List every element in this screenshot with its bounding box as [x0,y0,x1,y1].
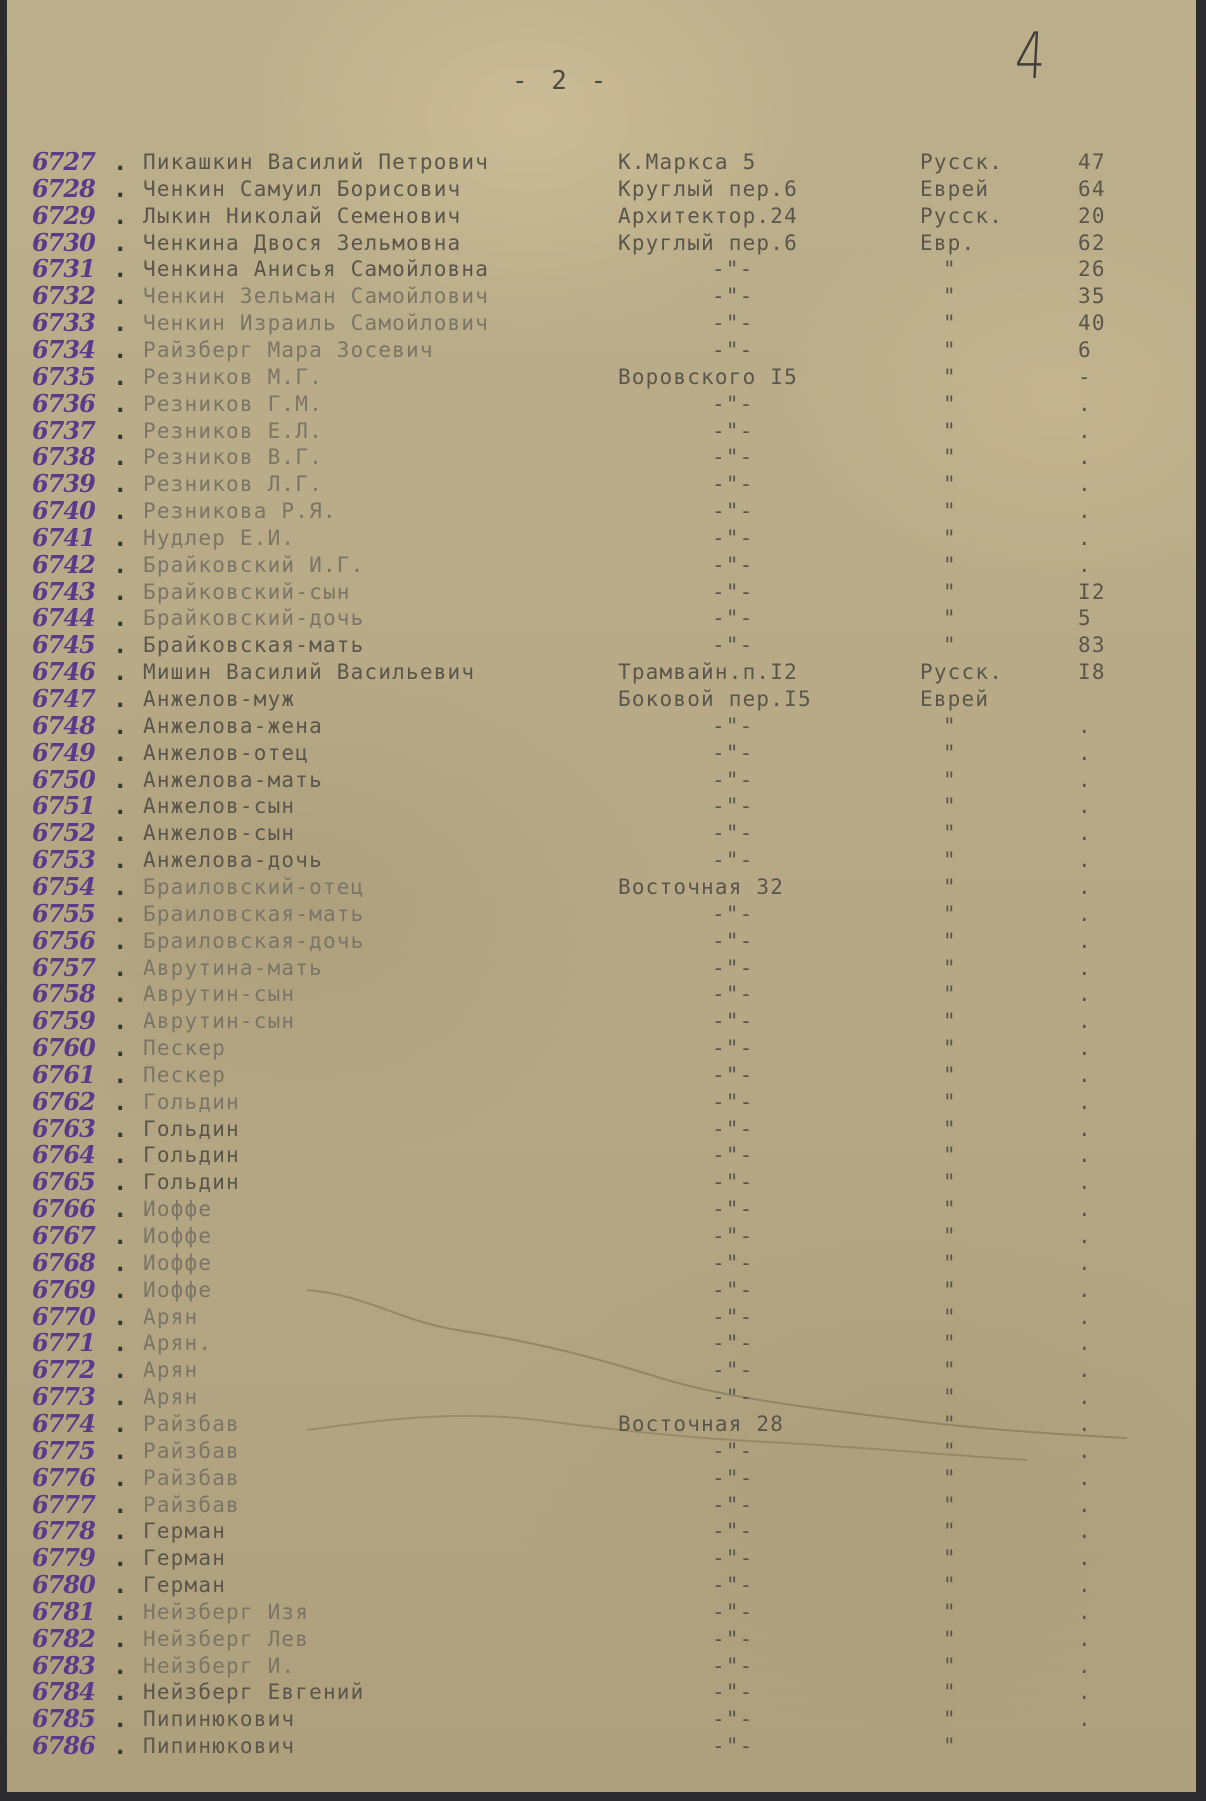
register-row: 6756.Браиловская-дочь-"-". [0,929,1200,955]
entry-dot: . [113,202,127,230]
nationality: Русск. [920,150,1003,174]
address: Трамвайн.п.I2 [618,660,798,684]
person-name: Резников Е.Л. [143,419,323,443]
register-row: 6739.Резников Л.Г.-"-". [0,472,1200,498]
entry-dot: . [113,417,127,445]
entry-dot: . [113,1303,127,1331]
nationality: Евр. [920,231,975,255]
entry-number: 6742 [32,550,95,579]
entry-number: 6769 [32,1275,95,1304]
entry-dot: . [113,551,127,579]
person-name: Пескер [143,1063,226,1087]
entry-number: 6747 [32,684,95,713]
entry-number: 6732 [32,281,95,310]
entry-dot: . [113,1571,127,1599]
entry-dot: . [113,1383,127,1411]
register-row: 6742.Брайковский И.Г.-"-". [0,553,1200,579]
address: -"- [712,1734,754,1758]
address: -"- [712,1117,754,1141]
age: . [1078,794,1092,818]
age: . [1078,526,1092,550]
address: -"- [712,1546,754,1570]
age: . [1078,1331,1092,1355]
age: . [1078,1439,1092,1463]
address: Боковой пер.I5 [618,687,812,711]
entry-number: 6750 [32,765,95,794]
address: -"- [712,1170,754,1194]
age: . [1078,1009,1092,1033]
entry-dot: . [113,1410,127,1438]
person-name: Райзберг Мара Зосевич [143,338,434,362]
register-row: 6757.Аврутина-мать-"-". [0,956,1200,982]
nationality: Русск. [920,204,1003,228]
person-name: Гольдин [143,1170,240,1194]
entry-dot: . [113,1598,127,1626]
entry-dot: . [113,578,127,606]
register-row: 6737.Резников Е.Л.-"-". [0,419,1200,445]
address: Круглый пер.6 [618,231,798,255]
register-row: 6755.Браиловская-мать-"-". [0,902,1200,928]
age: . [1078,902,1092,926]
address: -"- [712,1466,754,1490]
nationality: " [943,1627,957,1651]
nationality: " [943,472,957,496]
entry-number: 6764 [32,1140,95,1169]
age: . [1078,1385,1092,1409]
register-row: 6786.Пипинюкович-"-" [0,1734,1200,1760]
person-name: Ченкина Анисья Самойловна [143,257,489,281]
age: . [1078,1573,1092,1597]
address: -"- [712,1305,754,1329]
register-row: 6766.Иоффе-"-". [0,1197,1200,1223]
register-row: 6734.Райзберг Мара Зосевич-"-"6 [0,338,1200,364]
nationality: " [943,1090,957,1114]
register-row: 6759.Аврутин-сын-"-". [0,1009,1200,1035]
entry-number: 6733 [32,308,95,337]
person-name: Гольдин [143,1117,240,1141]
age: . [1078,472,1092,496]
person-name: Райзбав [143,1412,240,1436]
entry-dot: . [113,1141,127,1169]
register-row: 6771.Арян.-"-". [0,1331,1200,1357]
person-name: Резников Л.Г. [143,472,323,496]
entry-dot: . [113,712,127,740]
nationality: " [943,1331,957,1355]
age: . [1078,1197,1092,1221]
person-name: Резникова Р.Я. [143,499,337,523]
nationality: " [943,848,957,872]
register-row: 6765.Гольдин-"-". [0,1170,1200,1196]
entry-dot: . [113,819,127,847]
entry-number: 6735 [32,362,95,391]
nationality: Еврей [920,177,989,201]
address: -"- [712,1627,754,1651]
age: . [1078,1251,1092,1275]
entry-dot: . [113,229,127,257]
nationality: " [943,1680,957,1704]
age: . [1078,419,1092,443]
address: -"- [712,1331,754,1355]
entry-dot: . [113,1034,127,1062]
entry-dot: . [113,1517,127,1545]
address: -"- [712,1251,754,1275]
age: . [1078,848,1092,872]
address: -"- [712,1143,754,1167]
age: . [1078,1036,1092,1060]
person-name: Анжелов-сын [143,821,295,845]
register-row: 6762.Гольдин-"-". [0,1090,1200,1116]
handwritten-sheet-number: 4 [1013,20,1047,94]
entry-number: 6766 [32,1194,95,1223]
nationality: " [943,633,957,657]
person-name: Арян. [143,1331,212,1355]
entry-number: 6756 [32,926,95,955]
address: -"- [712,499,754,523]
address: -"- [712,338,754,362]
entry-number: 6739 [32,469,95,498]
person-name: Гольдин [143,1143,240,1167]
entry-dot: . [113,443,127,471]
person-name: Браиловская-дочь [143,929,365,953]
person-name: Нейзберг Изя [143,1600,309,1624]
entry-number: 6782 [32,1624,95,1653]
address: -"- [712,257,754,281]
person-name: Пипинюкович [143,1734,295,1758]
person-name: Пипинюкович [143,1707,295,1731]
entry-dot: . [113,175,127,203]
nationality: " [943,1573,957,1597]
nationality: " [943,875,957,899]
age: . [1078,1090,1092,1114]
entry-dot: . [113,148,127,176]
entry-dot: . [113,846,127,874]
register-row: 6728.Ченкин Самуил БорисовичКруглый пер.… [0,177,1200,203]
register-row: 6761.Пескер-"-". [0,1063,1200,1089]
address: -"- [712,848,754,872]
nationality: " [943,1707,957,1731]
nationality: " [943,1036,957,1060]
register-row: 6746.Мишин Василий ВасильевичТрамвайн.п.… [0,660,1200,686]
address: К.Маркса 5 [618,150,756,174]
nationality: " [943,1170,957,1194]
nationality: " [943,794,957,818]
register-row: 6754.Браиловский-отецВосточная 32". [0,875,1200,901]
address: Восточная 28 [618,1412,784,1436]
entry-number: 6765 [32,1167,95,1196]
entry-number: 6736 [32,389,95,418]
entry-number: 6758 [32,979,95,1008]
address: -"- [712,1090,754,1114]
entry-number: 6738 [32,442,95,471]
nationality: " [943,365,957,389]
address: -"- [712,741,754,765]
register-row: 6743.Брайковский-сын-"-"I2 [0,580,1200,606]
address: -"- [712,1680,754,1704]
nationality: " [943,768,957,792]
entry-number: 6780 [32,1570,95,1599]
entry-number: 6737 [32,416,95,445]
age: . [1078,1654,1092,1678]
entry-dot: . [113,1061,127,1089]
person-name: Резников Г.М. [143,392,323,416]
entry-dot: . [113,470,127,498]
register-row: 6781.Нейзберг Изя-"-". [0,1600,1200,1626]
entry-dot: . [113,1544,127,1572]
address: -"- [712,1439,754,1463]
entry-number: 6759 [32,1006,95,1035]
age: . [1078,1117,1092,1141]
person-name: Ченкин Израиль Самойлович [143,311,489,335]
entry-number: 6771 [32,1328,95,1357]
age: . [1078,1170,1092,1194]
nationality: Русск. [920,660,1003,684]
nationality: " [943,982,957,1006]
address: -"- [712,1519,754,1543]
address: -"- [712,1493,754,1517]
person-name: Нудлер Е.И. [143,526,295,550]
person-name: Браиловский-отец [143,875,365,899]
nationality: " [943,1493,957,1517]
person-name: Арян [143,1305,198,1329]
nationality: " [943,580,957,604]
address: -"- [712,982,754,1006]
register-row: 6736.Резников Г.М.-"-". [0,392,1200,418]
person-name: Райзбав [143,1439,240,1463]
nationality: " [943,1439,957,1463]
age: . [1078,499,1092,523]
entry-dot: . [113,1088,127,1116]
entry-number: 6770 [32,1302,95,1331]
age: . [1078,1680,1092,1704]
entry-number: 6757 [32,953,95,982]
address: -"- [712,1573,754,1597]
entry-dot: . [113,309,127,337]
entry-dot: . [113,1732,127,1760]
age: . [1078,1466,1092,1490]
person-name: Иоффе [143,1197,212,1221]
entry-dot: . [113,604,127,632]
address: -"- [712,553,754,577]
age: 62 [1078,231,1106,255]
register-row: 6732.Ченкин Зельман Самойлович-"-"35 [0,284,1200,310]
address: Архитектор.24 [618,204,798,228]
person-name: Ченкин Зельман Самойлович [143,284,489,308]
age: . [1078,1224,1092,1248]
register-row: 6764.Гольдин-"-". [0,1143,1200,1169]
address: Воровского I5 [618,365,798,389]
entry-number: 6745 [32,630,95,659]
person-name: Арян [143,1358,198,1382]
entry-number: 6763 [32,1114,95,1143]
entry-number: 6760 [32,1033,95,1062]
register-row: 6738.Резников В.Г.-"-". [0,445,1200,471]
entry-dot: . [113,900,127,928]
address: -"- [712,1063,754,1087]
address: -"- [712,1654,754,1678]
age: . [1078,956,1092,980]
person-name: Герман [143,1573,226,1597]
register-row: 6751.Анжелов-сын-"-". [0,794,1200,820]
nationality: " [943,1143,957,1167]
address: -"- [712,311,754,335]
person-name: Иоффе [143,1278,212,1302]
address: -"- [712,1036,754,1060]
nationality: " [943,606,957,630]
person-name: Ченкина Двося Зельмовна [143,231,461,255]
entry-dot: . [113,954,127,982]
entry-number: 6744 [32,603,95,632]
nationality: " [943,1519,957,1543]
age: . [1078,1493,1092,1517]
nationality: " [943,1063,957,1087]
age: . [1078,1278,1092,1302]
age: . [1078,821,1092,845]
entry-dot: . [113,927,127,955]
person-name: Брайковский-дочь [143,606,365,630]
entry-dot: . [113,363,127,391]
person-name: Нейзберг И. [143,1654,295,1678]
nationality: Еврей [920,687,989,711]
person-name: Мишин Василий Васильевич [143,660,475,684]
nationality: " [943,311,957,335]
entry-number: 6781 [32,1597,95,1626]
register-row: 6776.Райзбав-"-". [0,1466,1200,1492]
entry-number: 6752 [32,818,95,847]
entry-number: 6730 [32,228,95,257]
entry-number: 6768 [32,1248,95,1277]
entry-number: 6786 [32,1731,95,1760]
age: . [1078,1063,1092,1087]
register-row: 6748.Анжелова-жена-"-". [0,714,1200,740]
entry-number: 6729 [32,201,95,230]
register-row: 6752.Анжелов-сын-"-". [0,821,1200,847]
person-name: Брайковская-мать [143,633,365,657]
register-row: 6782.Нейзберг Лев-"-". [0,1627,1200,1653]
person-name: Герман [143,1546,226,1570]
entry-dot: . [113,524,127,552]
address: -"- [712,1385,754,1409]
register-row: 6744.Брайковский-дочь-"-"5 [0,606,1200,632]
address: -"- [712,794,754,818]
person-name: Иоффе [143,1251,212,1275]
entry-dot: . [113,1356,127,1384]
nationality: " [943,929,957,953]
nationality: " [943,714,957,738]
entry-dot: . [113,658,127,686]
nationality: " [943,1466,957,1490]
register-row: 6767.Иоффе-"-". [0,1224,1200,1250]
address: -"- [712,1600,754,1624]
person-name: Аврутин-сын [143,1009,295,1033]
entry-dot: . [113,1678,127,1706]
age: 64 [1078,177,1106,201]
nationality: " [943,257,957,281]
entry-number: 6734 [32,335,95,364]
address: -"- [712,929,754,953]
entry-number: 6740 [32,496,95,525]
register-row: 6785.Пипинюкович-"-". [0,1707,1200,1733]
entry-dot: . [113,873,127,901]
entry-number: 6746 [32,657,95,686]
address: -"- [712,714,754,738]
age: . [1078,553,1092,577]
nationality: " [943,956,957,980]
entry-number: 6749 [32,738,95,767]
register-row: 6778.Герман-"-". [0,1519,1200,1545]
age: . [1078,1305,1092,1329]
person-name: Нейзберг Евгений [143,1680,365,1704]
entry-dot: . [113,336,127,364]
entry-number: 6761 [32,1060,95,1089]
entry-number: 6755 [32,899,95,928]
register-row: 6770.Арян-"-". [0,1305,1200,1331]
entry-dot: . [113,497,127,525]
entry-dot: . [113,1437,127,1465]
entry-number: 6728 [32,174,95,203]
entry-number: 6778 [32,1516,95,1545]
address: -"- [712,419,754,443]
nationality: " [943,741,957,765]
entry-number: 6762 [32,1087,95,1116]
nationality: " [943,1251,957,1275]
person-name: Аврутин-сын [143,982,295,1006]
address: -"- [712,445,754,469]
person-name: Браиловская-мать [143,902,365,926]
age: 47 [1078,150,1106,174]
person-name: Ченкин Самуил Борисович [143,177,461,201]
entry-dot: . [113,282,127,310]
entry-number: 6783 [32,1651,95,1680]
register-row: 6779.Герман-"-". [0,1546,1200,1572]
age: . [1078,1519,1092,1543]
entry-number: 6767 [32,1221,95,1250]
nationality: " [943,902,957,926]
entry-number: 6731 [32,254,95,283]
age: . [1078,1600,1092,1624]
register-row: 6750.Анжелова-мать-"-". [0,768,1200,794]
person-name: Райзбав [143,1466,240,1490]
age: . [1078,392,1092,416]
person-name: Аврутина-мать [143,956,323,980]
address: Восточная 32 [618,875,784,899]
person-name: Райзбав [143,1493,240,1517]
person-name: Нейзберг Лев [143,1627,309,1651]
register-row: 6774.РайзбавВосточная 28". [0,1412,1200,1438]
address: -"- [712,633,754,657]
person-name: Резников М.Г. [143,365,323,389]
entry-dot: . [113,766,127,794]
entry-dot: . [113,1705,127,1733]
age: . [1078,982,1092,1006]
age: 5 [1078,606,1092,630]
entry-dot: . [113,1007,127,1035]
age: . [1078,1358,1092,1382]
entry-dot: . [113,1652,127,1680]
address: -"- [712,768,754,792]
person-name: Анжелов-муж [143,687,295,711]
address: -"- [712,1707,754,1731]
address: -"- [712,1358,754,1382]
nationality: " [943,392,957,416]
age: 35 [1078,284,1106,308]
age: I2 [1078,580,1106,604]
entry-dot: . [113,1222,127,1250]
entry-number: 6772 [32,1355,95,1384]
entry-dot: . [113,631,127,659]
register-row: 6784.Нейзберг Евгений-"-". [0,1680,1200,1706]
register-row: 6769.Иоффе-"-". [0,1278,1200,1304]
age: - [1078,365,1092,389]
